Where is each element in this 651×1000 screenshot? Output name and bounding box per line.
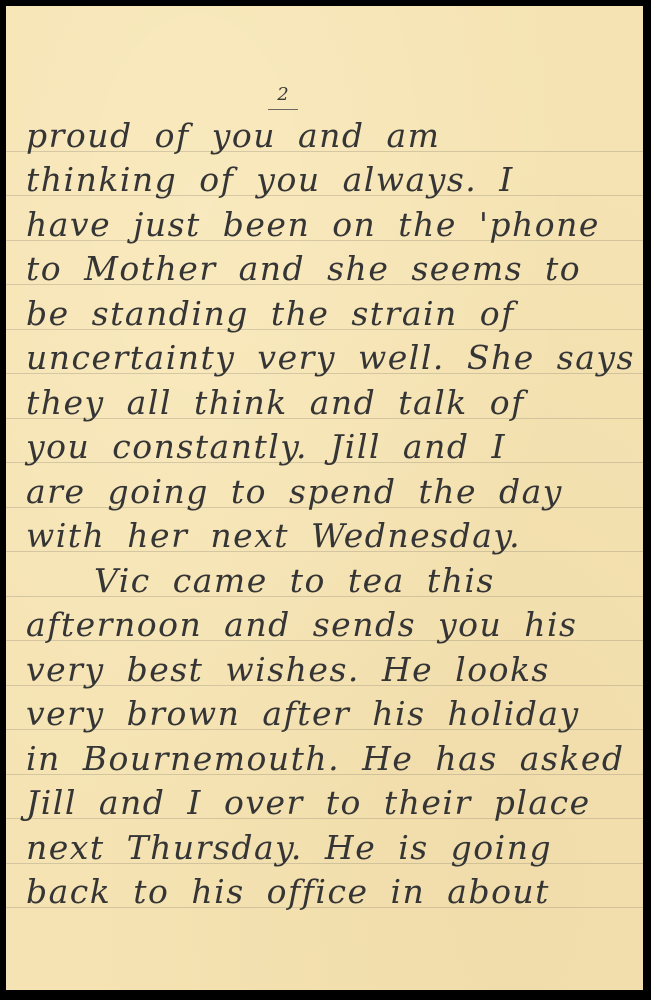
letter-line: afternoon and sends you his	[26, 606, 633, 644]
letter-line: very best wishes. He looks	[26, 651, 633, 689]
letter-line: Vic came to tea this	[26, 562, 633, 600]
letter-line: they all think and talk of	[26, 384, 633, 422]
page-number: 2	[268, 84, 298, 110]
letter-line: are going to spend the day	[26, 473, 633, 511]
letter-line: to Mother and she seems to	[26, 250, 633, 288]
letter-line: next Thursday. He is going	[26, 829, 633, 867]
scan-frame: 2 proud of you and am thinking of you al…	[0, 0, 651, 1000]
letter-line: thinking of you always. I	[26, 161, 633, 199]
letter-line: you constantly. Jill and I	[26, 428, 633, 466]
letter-line: be standing the strain of	[26, 295, 633, 333]
letter-line: proud of you and am	[26, 117, 633, 155]
letter-page: 2 proud of you and am thinking of you al…	[6, 6, 643, 990]
letter-line: Jill and I over to their place	[26, 784, 633, 822]
letter-line: very brown after his holiday	[26, 695, 633, 733]
letter-line: back to his office in about	[26, 873, 633, 911]
letter-line: uncertainty very well. She says	[26, 339, 633, 377]
letter-line: with her next Wednesday.	[26, 517, 633, 555]
letter-line: have just been on the 'phone	[26, 206, 633, 244]
letter-line: in Bournemouth. He has asked	[26, 740, 633, 778]
